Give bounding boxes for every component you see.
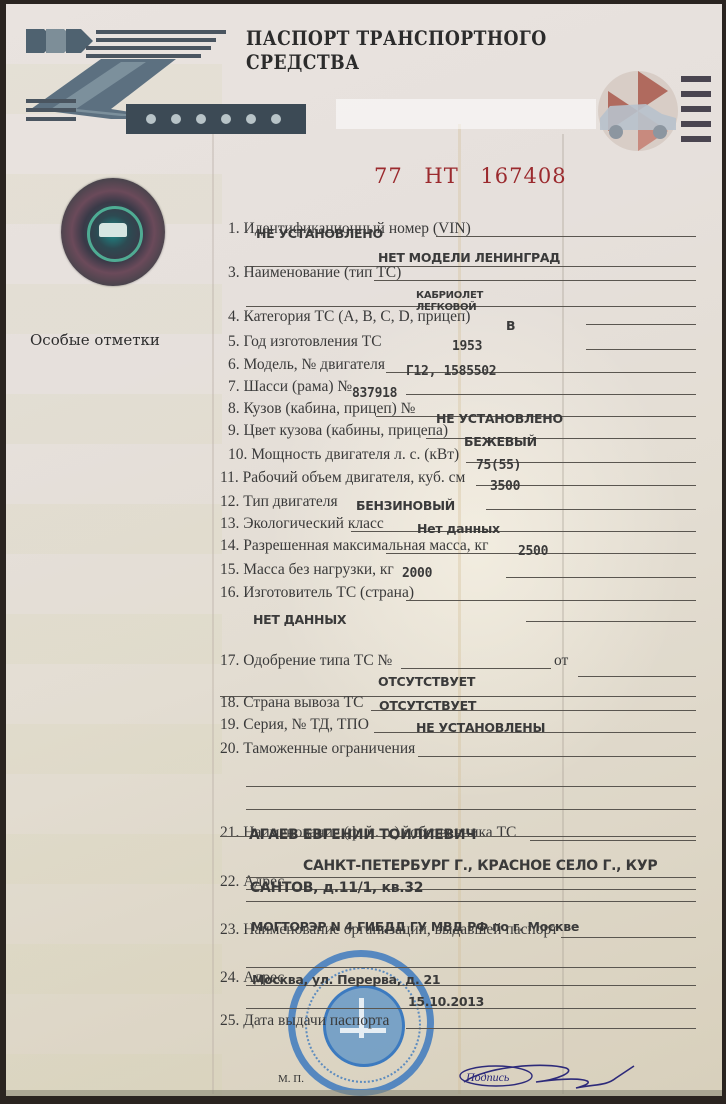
field-label: 15. Масса без нагрузки, кг	[220, 561, 394, 579]
background-pattern	[6, 4, 222, 1096]
field-value: ОТСУТСТВУЕТ	[379, 698, 476, 713]
field-underline	[506, 577, 696, 578]
field-label: 17. Одобрение типа ТС №	[220, 652, 392, 670]
field-underline	[586, 349, 696, 350]
field-label: 5. Год изготовления ТС	[228, 333, 382, 351]
field-value: 2500	[518, 544, 548, 559]
field-value: АГАЕВ ЕВГЕНИЙ ТОЙЛИЕВИЧ	[249, 827, 476, 843]
field-value: МОГТОРЭР N 4 ГИБДД ГУ МВД РФ по г. Москв…	[251, 919, 579, 934]
field-underline	[246, 809, 696, 810]
field-underline	[351, 531, 696, 532]
field-label: 11. Рабочий объем двигателя, куб. см	[220, 469, 465, 487]
field-value: НЕТ МОДЕЛИ ЛЕНИНГРАД	[378, 250, 560, 265]
field-label: 7. Шасси (рама) №	[228, 378, 352, 396]
field-underline	[374, 280, 696, 281]
field-value: ОТСУТСТВУЕТ	[378, 674, 475, 689]
fold-line	[562, 134, 564, 1094]
car-emblem-icon	[596, 66, 716, 156]
field-value: 2000	[402, 566, 432, 581]
field-value: НЕ УСТАНОВЛЕНО	[256, 226, 383, 241]
field-value: 15.10.2013	[408, 994, 484, 1009]
field-label: 10. Мощность двигателя л. с. (кВт)	[228, 446, 459, 464]
field-label: 12. Тип двигателя	[220, 493, 338, 511]
fold-line	[458, 124, 461, 1094]
field-underline	[486, 509, 696, 510]
field-label: 25. Дата выдачи паспорта	[220, 1012, 389, 1030]
field-label: 18. Страна вывоза ТС	[220, 694, 363, 712]
field-underline	[436, 236, 696, 237]
watermark-band	[336, 99, 596, 129]
field-underline	[526, 621, 696, 622]
field-value: Г12, 1585502	[406, 364, 496, 379]
field-value: Москва, ул. Перерва, д. 21	[252, 972, 440, 987]
field-value: НЕТ ДАННЫХ	[253, 612, 346, 627]
field-value: 75(55)	[476, 458, 521, 473]
field-value: НЕ УСТАНОВЛЕНЫ	[416, 720, 545, 735]
hologram-seal-icon	[61, 178, 165, 286]
field-value: САНКТ-ПЕТЕРБУРГ Г., КРАСНОЕ СЕЛО Г., КУР	[303, 858, 657, 874]
field-label: 20. Таможенные ограничения	[220, 740, 415, 758]
field-underline	[561, 937, 696, 938]
field-underline	[578, 676, 696, 677]
field-label: 9. Цвет кузова (кабины, прицепа)	[228, 422, 448, 440]
serial-number: 77 НТ 167408	[374, 164, 567, 188]
field-underline	[530, 840, 696, 841]
field-value: 3500	[490, 479, 520, 494]
signature-label: Подпись	[466, 1070, 509, 1085]
field-value: БЕНЗИНОВЫЙ	[356, 498, 455, 513]
field-underline	[246, 786, 696, 787]
field-label: 6. Модель, № двигателя	[228, 356, 385, 374]
field-underline	[246, 967, 696, 968]
field-value: 1953	[452, 339, 482, 354]
field-underline	[246, 877, 696, 878]
bottom-edge-pattern	[6, 1090, 722, 1096]
field-value: В	[506, 318, 515, 333]
field-underline	[401, 668, 551, 669]
field-underline	[418, 756, 696, 757]
special-marks-label: Особые отметки	[30, 331, 160, 349]
document-title: ПАСПОРТ ТРАНСПОРТНОГО СРЕДСТВА	[246, 26, 655, 74]
field-underline	[586, 324, 696, 325]
field-suffix-label: от	[554, 652, 568, 670]
field-underline	[406, 600, 696, 601]
field-underline	[406, 394, 696, 395]
field-underline	[246, 901, 696, 902]
field-value-continued: САНТОВ, д.11/1, кв.32	[250, 880, 423, 896]
field-label: 19. Серия, № ТД, ТПО	[220, 716, 369, 734]
vehicle-passport-page: ПАСПОРТ ТРАНСПОРТНОГО СРЕДСТВА 77 НТ 167…	[6, 4, 722, 1096]
field-value: БЕЖЕВЫЙ	[464, 434, 537, 449]
field-underline	[406, 1028, 696, 1029]
field-value: 837918	[352, 386, 397, 401]
field-label: 4. Категория ТС (А, В, С, D, прицеп)	[228, 308, 470, 326]
fold-line	[212, 134, 214, 1094]
field-value: Нет данных	[417, 521, 500, 536]
seal-place-label: М. П.	[278, 1073, 304, 1085]
field-value: НЕ УСТАНОВЛЕНО	[436, 411, 563, 426]
field-label: 16. Изготовитель ТС (страна)	[220, 584, 414, 602]
